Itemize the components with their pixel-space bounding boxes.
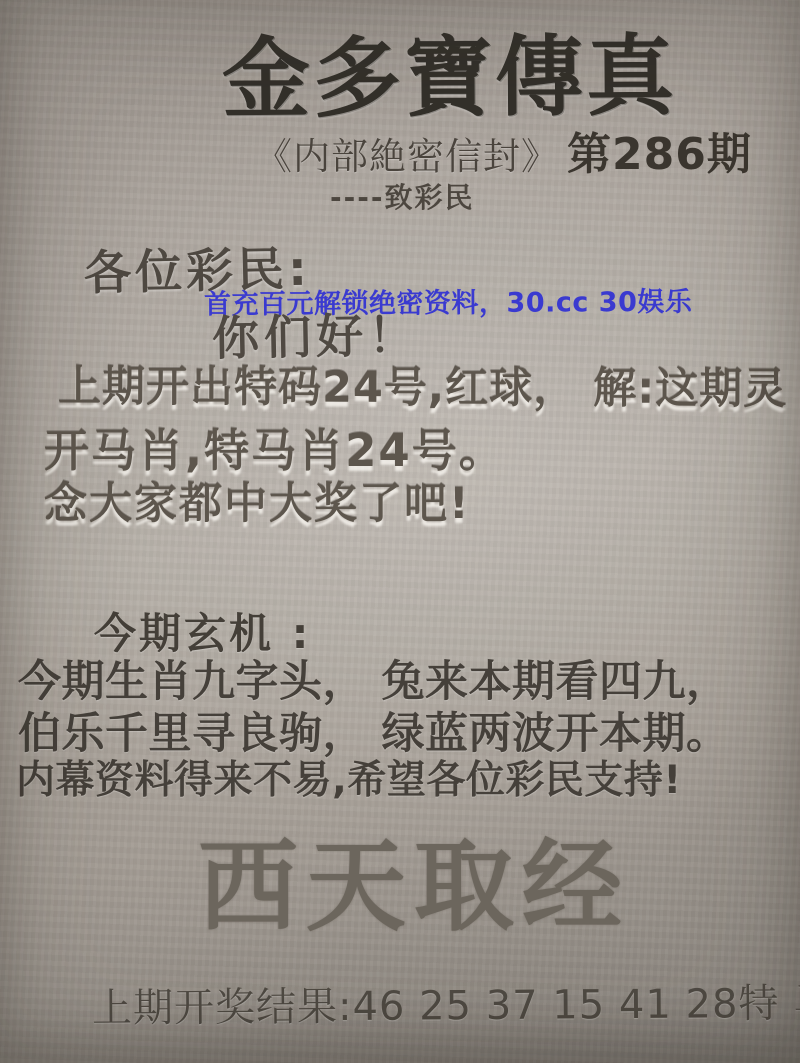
scanned-fax-page: 金多寶傳真 《内部絶密信封》 第286期 ----致彩民 各位彩民: 首充百元解… [0,0,800,1063]
body-line-1: 上期开出特码24号,红球， 解:这期灵 [58,353,788,417]
issue-number: 第286期 [567,118,752,182]
subtitle-secret-envelope: 《内部絶密信封》 [255,126,559,180]
previous-draw-results: 上期开奖结果:46 25 37 15 41 28特 马24 [92,971,800,1034]
hint-line-3: 内幕资料得来不易,希望各位彩民支持! [16,749,682,805]
body-line-3: 念大家都中大奖了吧! [44,470,471,531]
page-title: 金多寶傳真 [222,6,678,135]
answer-phrase: 西天取经 [198,806,630,950]
subtitle-row: 《内部絶密信封》 第286期 [255,118,752,182]
dedication-line: ----致彩民 [330,176,475,216]
